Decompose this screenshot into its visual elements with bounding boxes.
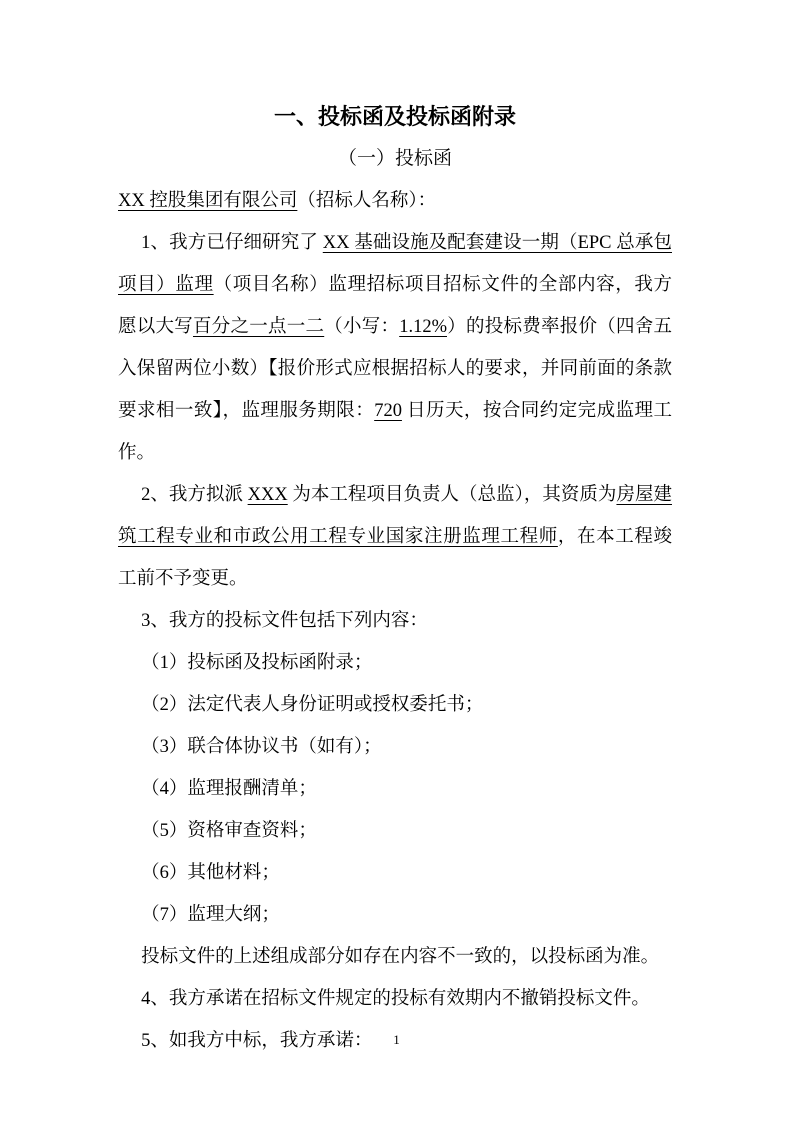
consistency-note: 投标文件的上述组成部分如存在内容不一致的，以投标函为准。 <box>118 936 672 978</box>
document-page: 一、投标函及投标函附录 （一）投标函 XX 控股集团有限公司（招标人名称）： 1… <box>0 0 793 1122</box>
document-title: 一、投标函及投标函附录 <box>118 96 672 138</box>
para1-rate-words: 百分之一点一二 <box>193 317 324 337</box>
list-item: （2）法定代表人身份证明或授权委托书； <box>118 684 672 726</box>
para2-supervisor-name: XXX <box>248 485 288 505</box>
para1-lead: 1、我方已仔细研究了 <box>141 233 323 253</box>
paragraph-1: 1、我方已仔细研究了 XX 基础设施及配套建设一期（EPC 总承包项目）监理（项… <box>118 222 672 474</box>
para2-mid: 为本工程项目负责人（总监），其资质为 <box>288 485 617 505</box>
list-item: （6）其他材料； <box>118 852 672 894</box>
salutation-suffix: （招标人名称）： <box>297 191 436 211</box>
paragraph-3-header: 3、我方的投标文件包括下列内容： <box>118 600 672 642</box>
list-item: （7）监理大纲； <box>118 894 672 936</box>
paragraph-4: 4、我方承诺在招标文件规定的投标有效期内不撤销投标文件。 <box>118 978 672 1020</box>
para1-mid2: （小写： <box>324 317 399 337</box>
para1-duration: 720 <box>374 401 402 421</box>
list-item: （4）监理报酬清单； <box>118 768 672 810</box>
salutation-line: XX 控股集团有限公司（招标人名称）： <box>118 180 672 222</box>
page-number: 1 <box>0 1033 793 1046</box>
list-item: （3）联合体协议书（如有）； <box>118 726 672 768</box>
paragraph-2: 2、我方拟派 XXX 为本工程项目负责人（总监），其资质为房屋建筑工程专业和市政… <box>118 474 672 600</box>
list-item: （1）投标函及投标函附录； <box>118 642 672 684</box>
document-subtitle: （一）投标函 <box>118 138 672 180</box>
recipient-name: XX 控股集团有限公司 <box>118 191 297 211</box>
list-item: （5）资格审查资料； <box>118 810 672 852</box>
para1-rate-number: 1.12% <box>399 317 447 337</box>
para2-lead: 2、我方拟派 <box>141 485 248 505</box>
